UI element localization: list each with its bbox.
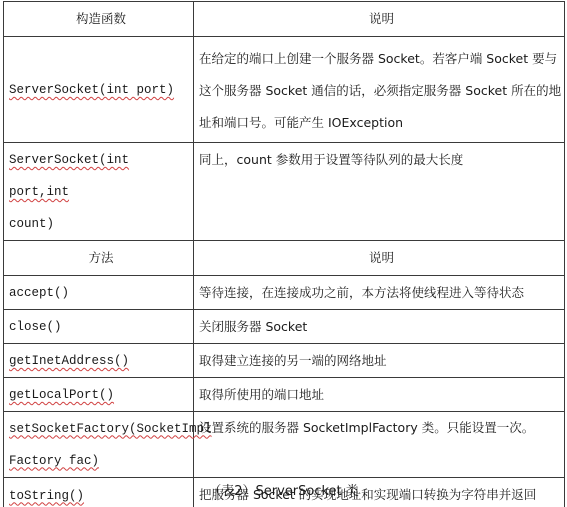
description-column-header: 说明 [194, 241, 565, 276]
method-signature: getLocalPort() [9, 388, 114, 402]
description-line: 这个服务器 Socket 通信的话，必须指定服务器 Socket 所在的地 [199, 75, 564, 107]
method-header-row: 方法 说明 [4, 241, 565, 276]
method-description: 等待连接，在连接成功之前，本方法将使线程进入等待状态 [194, 276, 565, 310]
description-line: 在给定的端口上创建一个服务器 Socket。若客户端 Socket 要与 [199, 43, 564, 75]
constructor-header-row: 构造函数 说明 [4, 2, 565, 37]
method-description: 关闭服务器 Socket [194, 310, 565, 344]
constructor-signature: ServerSocket(int port) [9, 83, 174, 97]
description-line: 址和端口号。可能产生 IOException [199, 107, 564, 139]
table-row: getLocalPort() 取得所使用的端口地址 [4, 378, 565, 412]
server-socket-table: 构造函数 说明 ServerSocket(int port) 在给定的端口上创建… [3, 1, 565, 507]
table-row: setSocketFactory(SocketImpl Factory fac)… [4, 412, 565, 478]
table-row: getInetAddress() 取得建立连接的另一端的网络地址 [4, 344, 565, 378]
constructor-description: 在给定的端口上创建一个服务器 Socket。若客户端 Socket 要与 这个服… [194, 37, 565, 143]
constructor-description: 同上，count 参数用于设置等待队列的最大长度 [194, 143, 565, 241]
table-row: accept() 等待连接，在连接成功之前，本方法将使线程进入等待状态 [4, 276, 565, 310]
method-signature: setSocketFactory(SocketImpl Factory fac) [4, 412, 194, 478]
signature-line: ServerSocket(int port,int [9, 144, 193, 208]
method-description: 设置系统的服务器 SocketImplFactory 类。只能设置一次。 [194, 412, 565, 478]
signature-line: Factory fac) [9, 445, 193, 477]
method-signature: accept() [9, 286, 69, 300]
table-row: close() 关闭服务器 Socket [4, 310, 565, 344]
table-caption: （表2）ServerSocket 类 [0, 482, 567, 502]
constructor-signature: ServerSocket(int port,int count) [4, 143, 194, 241]
signature-line: count) [9, 208, 193, 240]
table-row: ServerSocket(int port,int count) 同上，coun… [4, 143, 565, 241]
constructor-column-header: 构造函数 [4, 2, 194, 37]
method-description: 取得所使用的端口地址 [194, 378, 565, 412]
method-signature: getInetAddress() [9, 354, 129, 368]
method-column-header: 方法 [4, 241, 194, 276]
description-column-header: 说明 [194, 2, 565, 37]
method-description: 取得建立连接的另一端的网络地址 [194, 344, 565, 378]
signature-line: setSocketFactory(SocketImpl [9, 413, 193, 445]
table-row: ServerSocket(int port) 在给定的端口上创建一个服务器 So… [4, 37, 565, 143]
method-signature: close() [9, 320, 62, 334]
